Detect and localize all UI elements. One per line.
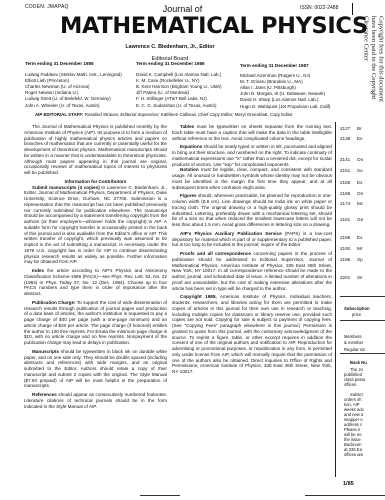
index-paragraph: Index the article according to AIP's Phy… [24, 268, 167, 297]
copyright-paragraph: Copyright 1985, American Institute of Ph… [172, 294, 332, 375]
journal-of-label: Journal of [0, 4, 385, 14]
editorial-staff-line: AIP EDITORIAL STAFF: Rosalind Strauss, E… [35, 112, 335, 117]
submit-paragraph: Submit manuscripts (3 copies) to Lawrenc… [24, 185, 167, 266]
sidebar-text: offices. [344, 382, 357, 387]
toc-entry[interactable]: 2127Br [340, 126, 362, 131]
toc-entry[interactable]: 2165Ex [340, 180, 362, 185]
subscription-label: price [352, 312, 361, 317]
page-number: 1/85 [343, 481, 354, 487]
toc-entry[interactable]: 2188Ex [340, 235, 362, 240]
toc-entry[interactable]: 2169On [340, 191, 363, 196]
copyright-fee-notice: Copyright fees for this document have be… [362, 16, 385, 116]
references-paragraph: References should appear as consecutivel… [24, 392, 167, 409]
column-divider [335, 122, 336, 477]
toc-entry[interactable]: 2138Ev [340, 136, 362, 141]
toc-entry[interactable]: 2181Ge [340, 217, 363, 222]
board-column-1987: Term ending 31 December 1987 Michael Aiz… [240, 63, 350, 110]
toc-entry[interactable]: 2174Mc [340, 201, 363, 206]
toc-entry[interactable]: 2192Mr [340, 246, 362, 251]
notation-paragraph: Notation must be legible, clear, compact… [172, 167, 332, 190]
proofs-paragraph: Proofs and all correspondence concerning… [172, 251, 332, 291]
board-member: Hugo D. Wahlquist (Jet Propulsion Lab, C… [240, 104, 350, 110]
toc-entry[interactable]: 2141On [340, 157, 363, 162]
charge-paragraph: Publication Charge: To support the cost … [24, 300, 167, 346]
board-member: E. C. G. Sudarshan (U. of Texas, Austin) [136, 103, 244, 109]
editor-line: Lawrence C. Biedenharn, Jr., Editor [0, 44, 340, 50]
paps-paragraph: AIP's Physics Auxiliary Publication Serv… [172, 231, 332, 248]
left-text-column: The Journal of Mathematical Physics is p… [24, 124, 167, 409]
manuscripts-paragraph: Manuscripts should be typewritten in bla… [24, 349, 167, 389]
back-numbers-heading: Back Nu [350, 360, 367, 365]
board-member: John A. Wheeler (U. of Texas, Austin) [25, 103, 140, 109]
tables-paragraph: Tables must be typewritten on sheets sep… [172, 124, 332, 141]
regular-rate-label: Regular rat [344, 347, 365, 352]
divider [340, 353, 385, 354]
toc-entry[interactable]: 2196Sp [340, 257, 363, 262]
journal-title: MATHEMATICAL PHYSICS [60, 14, 368, 39]
divider [340, 320, 385, 321]
middle-text-column: Tables must be typewritten on sheets sep… [172, 124, 332, 375]
board-column-1986: Term ending 31 December 1986 David K. Ca… [136, 61, 244, 109]
toc-entry[interactable]: 2201Sir [340, 275, 363, 280]
divider [140, 495, 180, 496]
divider [340, 296, 385, 297]
members-rate-label: Members [344, 334, 361, 339]
figures-paragraph: Figures should, whenever practicable, be… [172, 193, 332, 228]
board-column-1985: Term ending 31 December 1985 Ludwig Fadd… [25, 61, 140, 109]
intro-paragraph: The Journal of Mathematical Physics is p… [24, 124, 167, 176]
sidebar-text: offices are [344, 452, 363, 457]
divider [305, 495, 385, 496]
toc-entry[interactable]: 2161So [340, 168, 363, 173]
equations-paragraph: Equations should be neatly typed or writ… [172, 144, 332, 167]
subscription-label: Subscription [344, 306, 370, 311]
members-rate-label: & member [344, 340, 363, 345]
